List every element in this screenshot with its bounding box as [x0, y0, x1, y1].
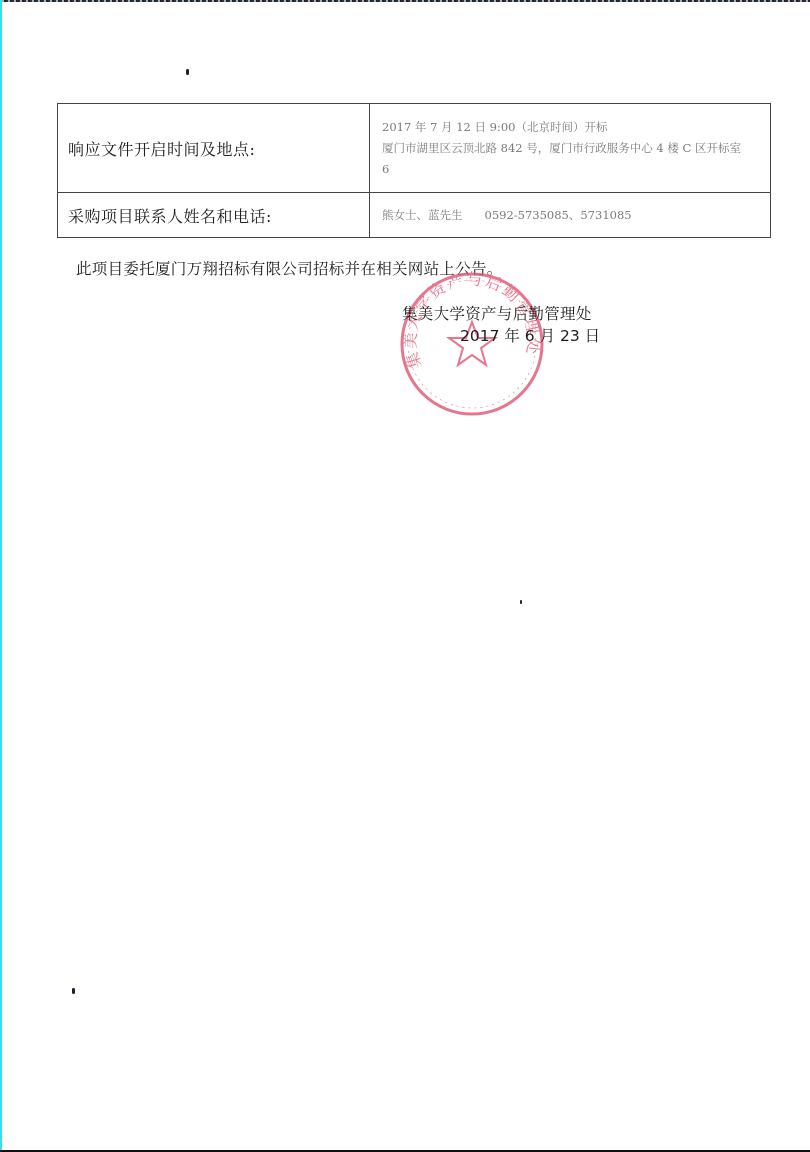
scan-edge-left: [0, 0, 2, 1152]
signature-organization: 集美大学资产与后勤管理处: [402, 302, 592, 324]
notice-text: 此项目委托厦门万翔招标有限公司招标并在相关网站上公告。: [76, 257, 503, 279]
scan-speck: [520, 600, 522, 604]
opening-time-label: 响应文件开启时间及地点:: [58, 104, 370, 193]
signature-date: 2017 年 6 月 23 日: [460, 324, 600, 346]
table-row-opening-time-location: 响应文件开启时间及地点: 2017 年 7 月 12 日 9:00（北京时间）开…: [58, 104, 771, 193]
info-table: 响应文件开启时间及地点: 2017 年 7 月 12 日 9:00（北京时间）开…: [57, 103, 771, 238]
contact-names: 熊女士、蓝先生: [382, 208, 463, 222]
opening-time-value: 2017 年 7 月 12 日 9:00（北京时间）开标 厦门市湖里区云顶北路 …: [370, 104, 771, 193]
scan-edge-top: [0, 0, 810, 2]
contact-value: 熊女士、蓝先生0592-5735085、5731085: [370, 193, 771, 238]
contact-phones: 0592-5735085、5731085: [485, 208, 632, 222]
scan-speck: [72, 988, 75, 994]
opening-location-line: 厦门市湖里区云顶北路 842 号，厦门市行政服务中心 4 楼 C 区开标室: [382, 138, 769, 159]
scan-speck: [186, 69, 189, 75]
table-row-contact: 采购项目联系人姓名和电话: 熊女士、蓝先生0592-5735085、573108…: [58, 193, 771, 238]
opening-time-line: 2017 年 7 月 12 日 9:00（北京时间）开标: [382, 117, 769, 138]
contact-label: 采购项目联系人姓名和电话:: [58, 193, 370, 238]
opening-location-line-cont: 6: [382, 159, 769, 180]
